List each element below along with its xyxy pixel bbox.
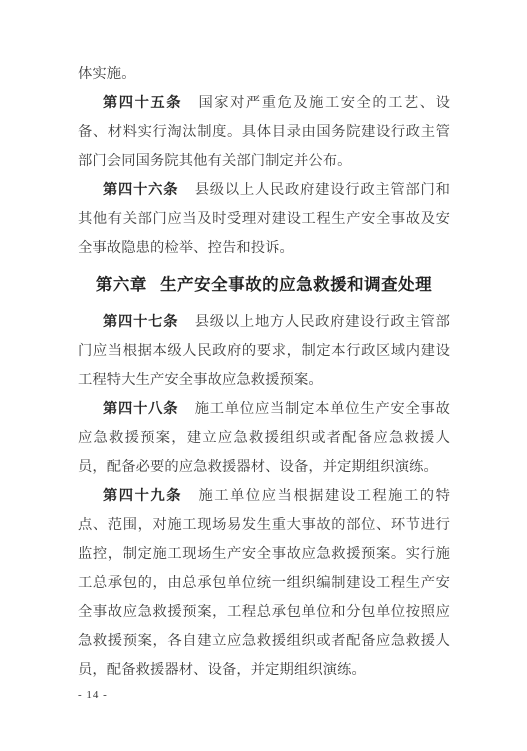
article-number: 第四十八条: [103, 401, 178, 417]
article-paragraph-48: 第四十八条施工单位应当制定本单位生产安全事故应急救援预案，建立应急救援组织或者配…: [78, 395, 450, 482]
article-paragraph-45: 第四十五条国家对严重危及施工安全的工艺、设备、材料实行淘汰制度。具体目录由国务院…: [78, 89, 450, 176]
article-paragraph-47: 第四十七条县级以上地方人民政府建设行政主管部门应当根据本级人民政府的要求，制定本…: [78, 308, 450, 395]
article-paragraph-49: 第四十九条施工单位应当根据建设工程施工的特点、范围，对施工现场易发生重大事故的部…: [78, 482, 450, 685]
document-page: 体实施。 第四十五条国家对严重危及施工安全的工艺、设备、材料实行淘汰制度。具体目…: [0, 0, 527, 751]
page-number: - 14 -: [78, 689, 108, 701]
document-text-block: 体实施。 第四十五条国家对严重危及施工安全的工艺、设备、材料实行淘汰制度。具体目…: [78, 0, 450, 685]
chapter-title: 生产安全事故的应急救援和调查处理: [160, 276, 432, 294]
article-text: 施工单位应当根据建设工程施工的特点、范围，对施工现场易发生重大事故的部位、环节进…: [78, 488, 450, 678]
article-number: 第四十七条: [103, 314, 178, 330]
article-number: 第四十九条: [103, 488, 182, 504]
article-paragraph-46: 第四十六条县级以上人民政府建设行政主管部门和其他有关部门应当及时受理对建设工程生…: [78, 176, 450, 263]
chapter-heading: 第六章生产安全事故的应急救援和调查处理: [78, 271, 450, 300]
article-number: 第四十五条: [103, 95, 182, 111]
chapter-number: 第六章: [96, 276, 147, 294]
article-number: 第四十六条: [103, 182, 178, 198]
paragraph-continuation: 体实施。: [78, 60, 450, 89]
